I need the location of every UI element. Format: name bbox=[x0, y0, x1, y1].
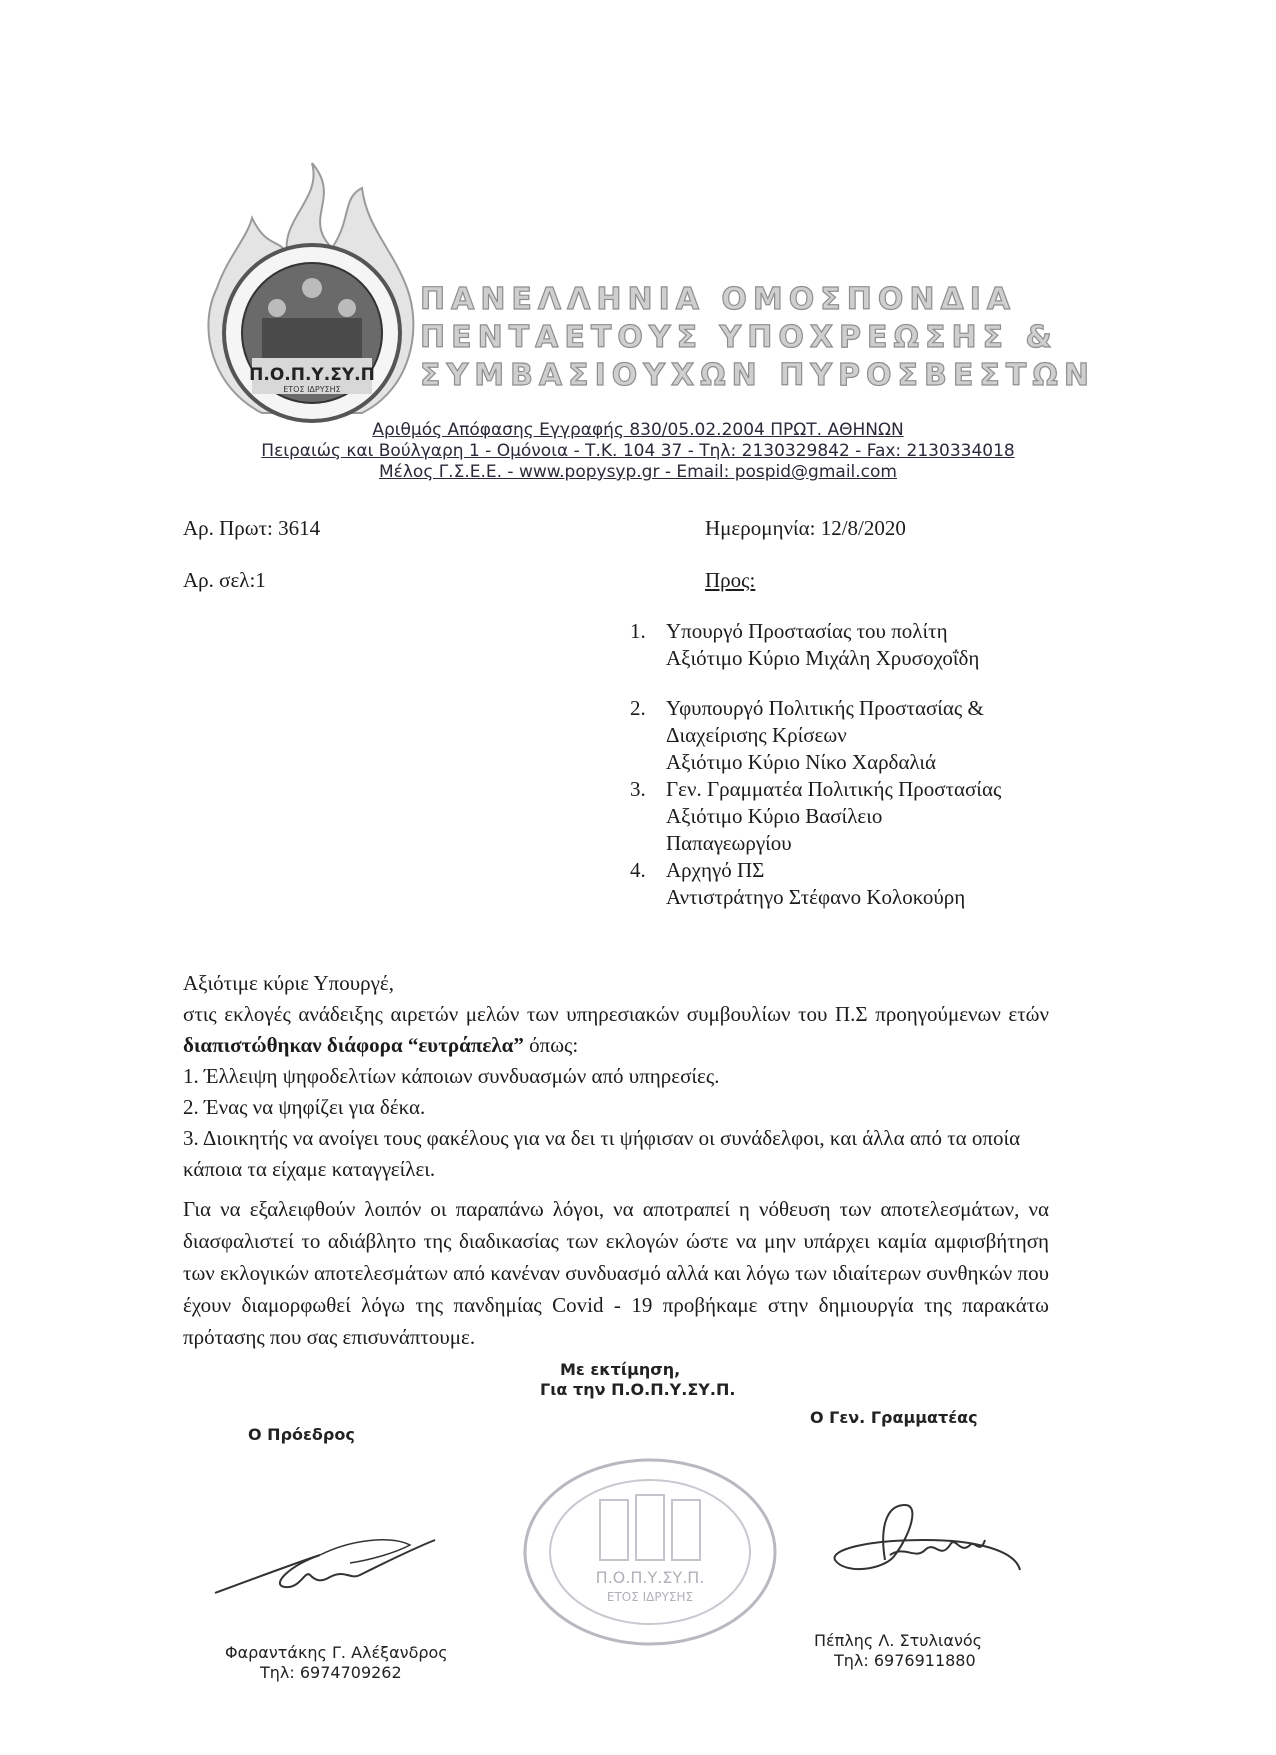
president-signature bbox=[210, 1525, 440, 1600]
recipient-line: Αρχηγό ΠΣ bbox=[666, 857, 1070, 884]
recipient-item: 4. Αρχηγό ΠΣ Αντιστράτηγο Στέφανο Κολοκο… bbox=[630, 857, 1070, 911]
registration-line: Αριθμός Απόφασης Εγγραφής 830/05.02.2004… bbox=[0, 420, 1276, 441]
protocol-number: Αρ. Πρωτ: 3614 bbox=[183, 516, 320, 541]
issue-item: 3. Διοικητής να ανοίγει τους φακέλους γι… bbox=[183, 1123, 1049, 1185]
recipient-item: 1. Υπουργό Προστασίας του πολίτη Αξιότιμ… bbox=[630, 618, 1070, 672]
intro-bold-text: διαπιστώθηκαν διάφορα “ευτράπελα” bbox=[183, 1033, 524, 1057]
recipient-item: 3. Γεν. Γραμματέα Πολιτικής Προστασίας Α… bbox=[630, 776, 1070, 857]
recipient-line: Αντιστράτηγο Στέφανο Κολοκούρη bbox=[666, 884, 1070, 911]
document-date: Ημερομηνία: 12/8/2020 bbox=[705, 516, 906, 541]
svg-text:ΕΤΟΣ ΙΔΡΥΣΗΣ: ΕΤΟΣ ΙΔΡΥΣΗΣ bbox=[607, 1590, 693, 1604]
official-stamp: Π.Ο.Π.Υ.ΣΥ.Π. ΕΤΟΣ ΙΔΡΥΣΗΣ bbox=[520, 1455, 780, 1650]
org-name-line-1: ΠΑΝΕΛΛΗΝΙΑ ΟΜΟΣΠΟΝΔΙΑ bbox=[420, 284, 1016, 316]
president-phone: Τηλ: 6974709262 bbox=[260, 1663, 402, 1682]
on-behalf: Για την Π.Ο.Π.Υ.ΣΥ.Π. bbox=[540, 1380, 735, 1399]
svg-text:Π.Ο.Π.Υ.ΣΥ.Π: Π.Ο.Π.Υ.ΣΥ.Π bbox=[249, 365, 375, 385]
page-count: Αρ. σελ:1 bbox=[183, 568, 266, 593]
recipient-line: Αξιότιμο Κύριο Βασίλειο bbox=[666, 803, 1070, 830]
salutation: Αξιότιμε κύριε Υπουργέ, bbox=[183, 968, 1049, 999]
president-title: Ο Πρόεδρος bbox=[248, 1425, 355, 1444]
recipient-number: 4. bbox=[630, 857, 660, 884]
issues-list: 1. Έλλειψη ψηφοδελτίων κάποιων συνδυασμώ… bbox=[183, 1061, 1049, 1185]
stamp-icon: Π.Ο.Π.Υ.ΣΥ.Π. ΕΤΟΣ ΙΔΡΥΣΗΣ bbox=[520, 1455, 780, 1650]
secretary-signature bbox=[825, 1500, 1025, 1590]
org-name-line-3: ΣΥΜΒΑΣΙΟΥΧΩΝ ΠΥΡΟΣΒΕΣΤΩΝ bbox=[420, 360, 1095, 392]
closing-paragraph: Για να εξαλειφθούν λοιπόν οι παραπάνω λό… bbox=[183, 1193, 1049, 1353]
recipient-number: 1. bbox=[630, 618, 660, 645]
recipient-number: 2. bbox=[630, 695, 660, 722]
recipient-item: 2. Υφυπουργό Πολιτικής Προστασίας & Διαχ… bbox=[630, 695, 1070, 776]
secretary-phone: Τηλ: 6976911880 bbox=[834, 1651, 976, 1670]
address-line: Πειραιώς και Βούλγαρη 1 - Ομόνοια - Τ.Κ.… bbox=[0, 441, 1276, 462]
union-logo: Π.Ο.Π.Υ.ΣΥ.Π ΕΤΟΣ ΙΔΡΥΣΗΣ bbox=[192, 158, 432, 428]
president-name: Φαραντάκης Γ. Αλέξανδρος bbox=[225, 1643, 448, 1662]
regards: Με εκτίμηση, bbox=[560, 1360, 680, 1379]
recipient-line: Διαχείρισης Κρίσεων bbox=[666, 722, 1070, 749]
svg-text:Π.Ο.Π.Υ.ΣΥ.Π.: Π.Ο.Π.Υ.ΣΥ.Π. bbox=[596, 1568, 705, 1587]
secretary-name: Πέπλης Λ. Στυλιανός bbox=[814, 1631, 982, 1650]
recipient-line: Υπουργό Προστασίας του πολίτη bbox=[666, 618, 1070, 645]
intro-paragraph: στις εκλογές ανάδειξης αιρετών μελών των… bbox=[183, 999, 1049, 1061]
org-name-line-2: ΠΕΝΤΑΕΤΟΥΣ ΥΠΟΧΡΕΩΣΗΣ & bbox=[420, 322, 1058, 354]
svg-text:ΕΤΟΣ ΙΔΡΥΣΗΣ: ΕΤΟΣ ΙΔΡΥΣΗΣ bbox=[283, 385, 341, 394]
intro-text-end: όπως: bbox=[524, 1033, 578, 1057]
recipient-line: Γεν. Γραμματέα Πολιτικής Προστασίας bbox=[666, 776, 1070, 803]
recipient-number: 3. bbox=[630, 776, 660, 803]
contact-line: Μέλος Γ.Σ.Ε.Ε. - www.popysyp.gr - Email:… bbox=[0, 462, 1276, 483]
secretary-title: Ο Γεν. Γραμματέας bbox=[810, 1408, 978, 1427]
signature-icon bbox=[210, 1525, 440, 1600]
issue-item: 1. Έλλειψη ψηφοδελτίων κάποιων συνδυασμώ… bbox=[183, 1061, 1049, 1092]
recipient-line: Παπαγεωργίου bbox=[666, 830, 1070, 857]
issue-item: 2. Ένας να ψηφίζει για δέκα. bbox=[183, 1092, 1049, 1123]
intro-text: στις εκλογές ανάδειξης αιρετών μελών των… bbox=[183, 1002, 1049, 1026]
signature-icon bbox=[825, 1500, 1025, 1590]
recipient-line: Αξιότιμο Κύριο Μιχάλη Χρυσοχοΐδη bbox=[666, 645, 1070, 672]
recipient-line: Αξιότιμο Κύριο Νίκο Χαρδαλιά bbox=[666, 749, 1070, 776]
recipients-label: Προς: bbox=[705, 568, 755, 593]
recipient-line: Υφυπουργό Πολιτικής Προστασίας & bbox=[666, 695, 1070, 722]
flame-seal-icon: Π.Ο.Π.Υ.ΣΥ.Π ΕΤΟΣ ΙΔΡΥΣΗΣ bbox=[192, 158, 432, 428]
